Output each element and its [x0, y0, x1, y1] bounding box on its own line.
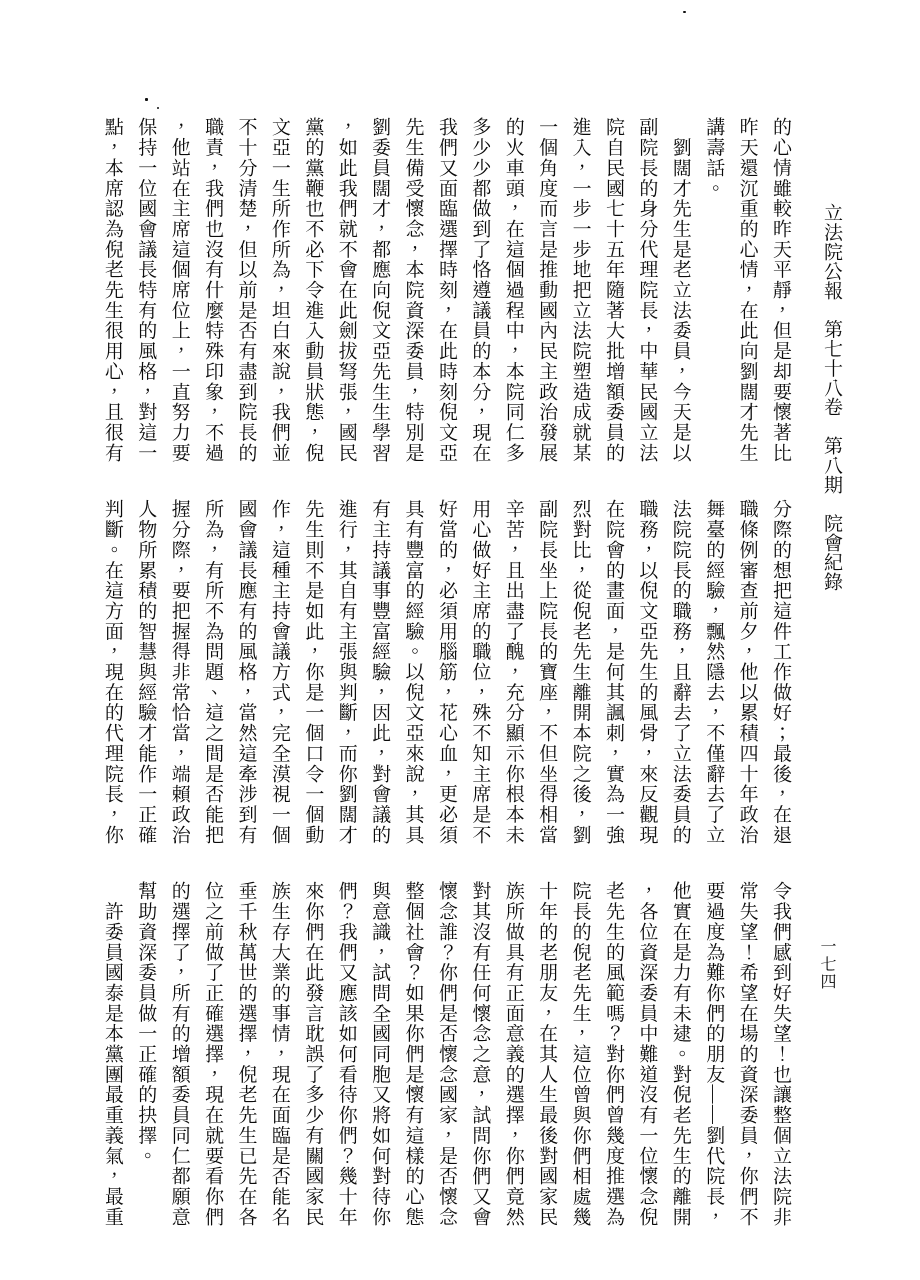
- text-column: 副院長坐上院長的寶座，不但坐得相當: [530, 499, 563, 847]
- text-band-bottom: 令我們感到好失望！也讓整個立法院非常失望！希望在場的資深委員，你們不要過度為難你…: [95, 881, 797, 1233]
- text-column: 的選擇了，所有的增額委員同仁都願意: [162, 881, 195, 1229]
- text-column: 烈對比，從倪老先生離開本院之後，劉: [563, 499, 596, 847]
- text-column: 辛苦，且出盡了醜，充分顯示你根本未: [496, 499, 529, 847]
- text-column: 族生存大業的事情，現在面臨是否能名: [263, 881, 296, 1229]
- text-column: 位之前做了正確選擇，現在就要看你們: [196, 881, 229, 1229]
- running-header: 立法院公報 第七十八卷 第八期 院會紀錄: [818, 203, 844, 603]
- text-column: ，如此我們就不會在此劍拔弩張，國民: [329, 117, 362, 465]
- scan-speck: [157, 107, 159, 109]
- text-column: 好當的，必須用腦筋，花心血，更必須: [430, 499, 463, 847]
- gazette-scanned-page: 立法院公報 第七十八卷 第八期 院會紀錄 的心情雖較昨天平靜，但是却要懷著比昨天…: [0, 0, 920, 1280]
- text-column: 具有豐富的經驗。以倪文亞來說，其具: [396, 499, 429, 847]
- text-column: 進行，其自有主張與判斷，而你劉闊才: [329, 499, 362, 847]
- text-column: 常失望！希望在場的資深委員，你們不: [730, 881, 763, 1229]
- text-column: 十年的老朋友，在其人生最後對國家民: [530, 881, 563, 1229]
- text-column: 在院會的畫面，是何其諷刺，實為一強: [597, 499, 630, 847]
- text-column: 要過度為難你們的朋友——劉代院長，: [697, 881, 730, 1229]
- text-column: 的火車頭，在這個過程中，本院同仁多: [496, 117, 529, 465]
- text-column: 老先生的風範嗎？對你們曾幾度推選為: [597, 881, 630, 1229]
- text-column: 先生則不是如此，你是一個口令一個動: [296, 499, 329, 847]
- text-column: 進入，一步一步地把立法院塑造成就某: [563, 117, 596, 465]
- text-column: 講壽話。: [697, 117, 730, 465]
- text-column: 整個社會？如果你們是懷有這樣的心態: [396, 881, 429, 1229]
- text-column: 職責，我們也沒有什麼特殊印象，不過: [196, 117, 229, 465]
- text-column: 先生備受懷念，本院資深委員，特別是: [396, 117, 429, 465]
- text-column: 用心做好主席的職位，殊不知主席是不: [463, 499, 496, 847]
- text-column: 族所做具有正面意義的選擇，你們竟然: [496, 881, 529, 1229]
- text-column: 劉委員闊才，都應向倪文亞先生生學習: [363, 117, 396, 465]
- text-column: 院長的倪老先生，這位曾與你們相處幾: [563, 881, 596, 1229]
- text-column: 保持一位國會議長特有的風格，對這一: [129, 117, 162, 465]
- text-column: 法院院長的職務，且辭去了立法委員的: [663, 499, 696, 847]
- text-column: 懷念誰？你們是否懷念國家，是否懷念: [430, 881, 463, 1229]
- text-column: 不十分清楚，但以前是否有盡到院長的: [229, 117, 262, 465]
- text-column: 的心情雖較昨天平靜，但是却要懷著比: [764, 117, 797, 465]
- page-number: 一七四: [814, 938, 838, 998]
- text-column: 作，這種主持會議方式，完全漠視一個: [263, 499, 296, 847]
- text-column: 我們又面臨選擇時刻，在此時刻倪文亞: [430, 117, 463, 465]
- text-column: 分際的想把這件工作做好；最後，在退: [764, 499, 797, 847]
- text-column: 所為，有所不為問題、這之間是否能把: [196, 499, 229, 847]
- text-column: 文亞一生所作所為，坦白來說，我們並: [263, 117, 296, 465]
- text-column: 來你們在此發言耽誤了多少有關國家民: [296, 881, 329, 1229]
- text-column: 一個角度而言是推動國內民主政治發展: [530, 117, 563, 465]
- text-column: 國會議長應有的風格，當然這牽涉到有: [229, 499, 262, 847]
- text-column: 人物所累積的智慧與經驗才能作一正確: [129, 499, 162, 847]
- scan-speck: [683, 11, 686, 13]
- text-column: 判斷。在這方面，現在的代理院長，你: [95, 499, 128, 847]
- text-column: 他實在是力有未逮。對倪老先生的離開: [663, 881, 696, 1229]
- text-column: 副院長的身分代理院長，中華民國立法: [630, 117, 663, 465]
- text-column: 垂千秋萬世的選擇，倪老先生已先在各: [229, 881, 262, 1229]
- text-column: 多少少都做到了恪遵議員的本分，現在: [463, 117, 496, 465]
- text-column: ，各位資深委員中難道沒有一位懷念倪: [630, 881, 663, 1229]
- text-column: 們？我們又應該如何看待你們？幾十年: [329, 881, 362, 1229]
- text-column: 舞臺的經驗，飄然隱去，不僅辭去了立: [697, 499, 730, 847]
- text-column: 職條例審查前夕，他以累積四十年政治: [730, 499, 763, 847]
- text-column: 有主持議事豐富經驗，因此，對會議的: [363, 499, 396, 847]
- text-column: 職務，以倪文亞先生的風骨，來反觀現: [630, 499, 663, 847]
- text-column: 與意識，試問全國同胞又將如何對待你: [363, 881, 396, 1229]
- text-column: 許委員國泰是本黨團最重義氣，最重: [95, 881, 128, 1229]
- text-column: 劉闊才先生是老立法委員，今天是以: [663, 117, 696, 465]
- text-column: 黨的黨鞭也不必下令進入動員狀態，倪: [296, 117, 329, 465]
- text-column: 院自民國七十五年隨著大批增額委員的: [597, 117, 630, 465]
- text-column: 昨天還沉重的心情，在此向劉闊才先生: [730, 117, 763, 465]
- text-column: 點，本席認為倪老先生很用心，且很有: [95, 117, 128, 465]
- text-column: ，他站在主席這個席位上，一直努力要: [162, 117, 195, 465]
- text-band-top: 的心情雖較昨天平靜，但是却要懷著比昨天還沉重的心情，在此向劉闊才先生講壽話。 劉…: [95, 117, 797, 469]
- text-column: 幫助資深委員做一正確的抉擇。: [129, 881, 162, 1229]
- text-band-middle: 分際的想把這件工作做好；最後，在退職條例審查前夕，他以累積四十年政治舞臺的經驗，…: [95, 499, 797, 851]
- text-column: 令我們感到好失望！也讓整個立法院非: [764, 881, 797, 1229]
- text-column: 對其沒有任何懷念之意，試問你們又會: [463, 881, 496, 1229]
- scan-speck: [145, 98, 148, 101]
- text-column: 握分際，要把握得非常恰當，端賴政治: [162, 499, 195, 847]
